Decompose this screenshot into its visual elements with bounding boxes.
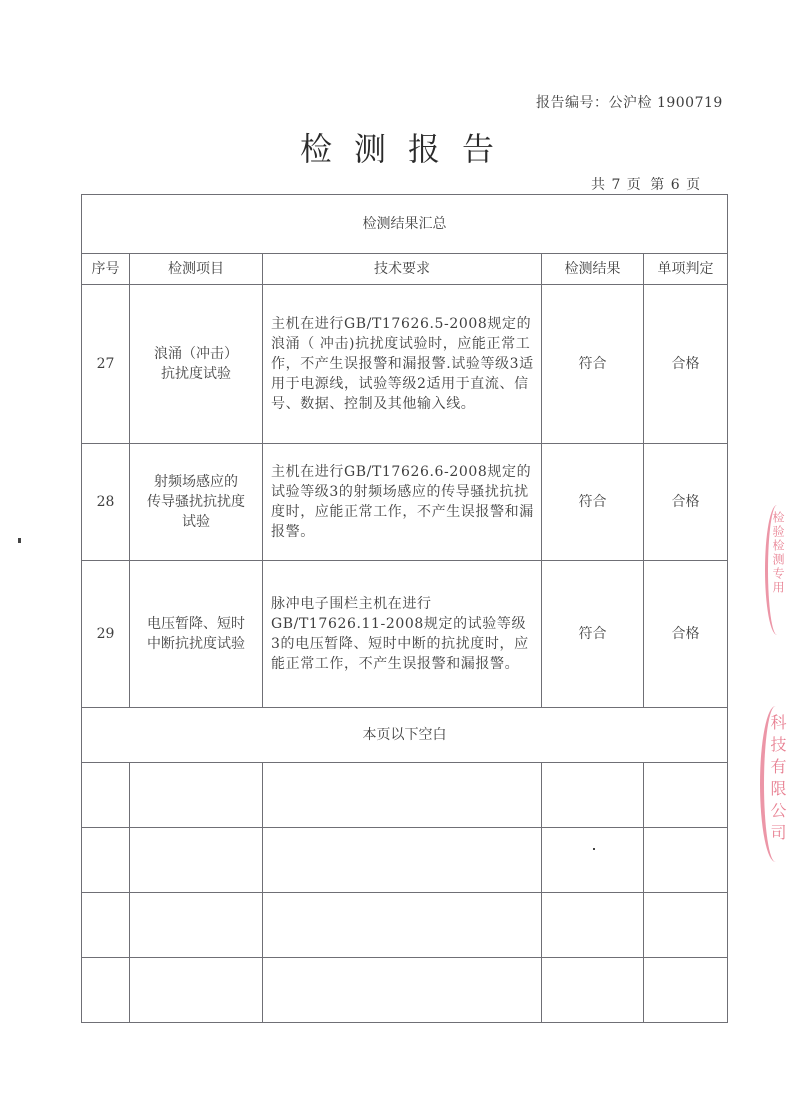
results-summary-table: 检测结果汇总 序号 检测项目 技术要求 检测结果 单项判定 27 浪涌（冲击） … <box>81 194 728 1023</box>
test-item-line: 传导骚扰抗扰度 <box>138 492 254 512</box>
test-item-line: 试验 <box>138 512 254 532</box>
empty-table-row <box>82 958 728 1023</box>
table-title-row: 检测结果汇总 <box>82 195 728 254</box>
test-item: 射频场感应的 传导骚扰抗扰度 试验 <box>130 444 263 561</box>
column-header-requirement: 技术要求 <box>263 254 542 285</box>
empty-cell <box>263 958 542 1023</box>
technical-requirement: 脉冲电子围栏主机在进行GB/T17626.11-2008规定的试验等级3的电压暂… <box>263 561 542 708</box>
empty-cell <box>644 958 728 1023</box>
seal-stamp-fragment: 检验检测专用 <box>765 505 789 635</box>
empty-cell <box>542 828 644 893</box>
test-item: 电压暂降、短时 中断抗扰度试验 <box>130 561 263 708</box>
judgement: 合格 <box>644 285 728 444</box>
seal-stamp-fragment: 科技有限公司 <box>760 706 791 862</box>
empty-cell <box>644 763 728 828</box>
report-number: 报告编号：公沪检 1900719 <box>536 92 723 112</box>
test-result: 符合 <box>542 285 644 444</box>
page-indicator: 共 7 页 第 6 页 <box>591 174 703 194</box>
empty-table-row <box>82 763 728 828</box>
column-header-no: 序号 <box>82 254 130 285</box>
scan-speck <box>18 538 21 543</box>
empty-cell <box>263 828 542 893</box>
page-title: 检测报告 <box>300 124 510 170</box>
judgement: 合格 <box>644 444 728 561</box>
empty-cell <box>542 893 644 958</box>
technical-requirement: 主机在进行GB/T17626.6-2008规定的试验等级3的射频场感应的传导骚扰… <box>263 444 542 561</box>
row-number: 28 <box>82 444 130 561</box>
table-row: 27 浪涌（冲击） 抗扰度试验 主机在进行GB/T17626.5-2008规定的… <box>82 285 728 444</box>
empty-cell <box>82 828 130 893</box>
table-row: 29 电压暂降、短时 中断抗扰度试验 脉冲电子围栏主机在进行GB/T17626.… <box>82 561 728 708</box>
table-row: 28 射频场感应的 传导骚扰抗扰度 试验 主机在进行GB/T17626.6-20… <box>82 444 728 561</box>
page-total: 共 7 页 <box>591 177 641 193</box>
test-item-line: 射频场感应的 <box>138 472 254 492</box>
test-item: 浪涌（冲击） 抗扰度试验 <box>130 285 263 444</box>
blank-note-row: 本页以下空白 <box>82 708 728 763</box>
page-current: 第 6 页 <box>650 177 700 193</box>
test-item-line: 浪涌（冲击） <box>138 344 254 364</box>
empty-cell <box>542 958 644 1023</box>
test-item-line: 抗扰度试验 <box>138 364 254 384</box>
empty-cell <box>542 763 644 828</box>
column-header-item: 检测项目 <box>130 254 263 285</box>
test-item-line: 中断抗扰度试验 <box>138 634 254 654</box>
technical-requirement: 主机在进行GB/T17626.5-2008规定的浪涌（ 冲击)抗扰度试验时，应能… <box>263 285 542 444</box>
report-number-value: 公沪检 1900719 <box>609 95 723 111</box>
empty-cell <box>263 893 542 958</box>
empty-cell <box>130 893 263 958</box>
test-result: 符合 <box>542 561 644 708</box>
table-header-row: 序号 检测项目 技术要求 检测结果 单项判定 <box>82 254 728 285</box>
empty-cell <box>130 763 263 828</box>
column-header-result: 检测结果 <box>542 254 644 285</box>
test-item-line: 电压暂降、短时 <box>138 614 254 634</box>
empty-cell <box>130 828 263 893</box>
empty-cell <box>82 763 130 828</box>
empty-cell <box>82 893 130 958</box>
empty-cell <box>82 958 130 1023</box>
scan-speck <box>593 848 595 850</box>
empty-cell <box>644 828 728 893</box>
test-result: 符合 <box>542 444 644 561</box>
row-number: 27 <box>82 285 130 444</box>
empty-cell <box>263 763 542 828</box>
empty-table-row <box>82 828 728 893</box>
column-header-judgement: 单项判定 <box>644 254 728 285</box>
blank-note: 本页以下空白 <box>82 708 728 763</box>
empty-cell <box>130 958 263 1023</box>
row-number: 29 <box>82 561 130 708</box>
report-number-label: 报告编号： <box>536 95 609 111</box>
table-title: 检测结果汇总 <box>82 195 728 254</box>
empty-cell <box>644 893 728 958</box>
empty-table-row <box>82 893 728 958</box>
judgement: 合格 <box>644 561 728 708</box>
